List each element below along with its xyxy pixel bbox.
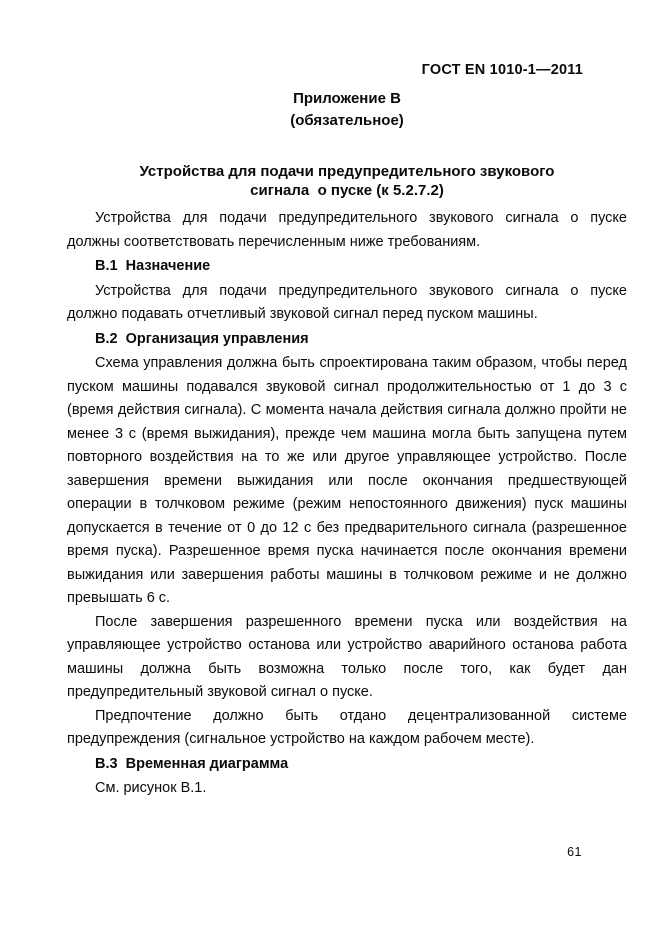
appendix-heading: Приложение В (обязательное)	[67, 88, 627, 132]
paragraph-b2-1: Схема управления должна быть спроектиров…	[67, 352, 627, 611]
heading-b1: В.1 Назначение	[67, 255, 627, 279]
heading-b2: В.2 Организация управления	[67, 328, 627, 352]
document-page: ГОСТ EN 1010-1—2011 Приложение В (обязат…	[0, 0, 661, 936]
paragraph-b1: Устройства для подачи предупредительного…	[67, 280, 627, 327]
heading-b3: В.3 Временная диаграмма	[67, 753, 627, 777]
appendix-subtitle: (обязательное)	[67, 110, 627, 132]
section-title-line2: сигнала о пуске (к 5.2.7.2)	[67, 181, 627, 200]
paragraph-b2-3: Предпочтение должно быть отдано децентра…	[67, 705, 627, 752]
paragraph-b2-2: После завершения разрешенного времени пу…	[67, 611, 627, 705]
page-number: 61	[567, 845, 582, 859]
appendix-title: Приложение В	[67, 88, 627, 110]
paragraph-b3: См. рисунок В.1.	[67, 777, 627, 801]
document-body: Устройства для подачи предупредительного…	[67, 207, 627, 801]
intro-paragraph: Устройства для подачи предупредительного…	[67, 207, 627, 254]
doc-number: ГОСТ EN 1010-1—2011	[422, 62, 583, 78]
section-title-line1: Устройства для подачи предупредительного…	[67, 162, 627, 181]
section-title: Устройства для подачи предупредительного…	[67, 162, 627, 200]
